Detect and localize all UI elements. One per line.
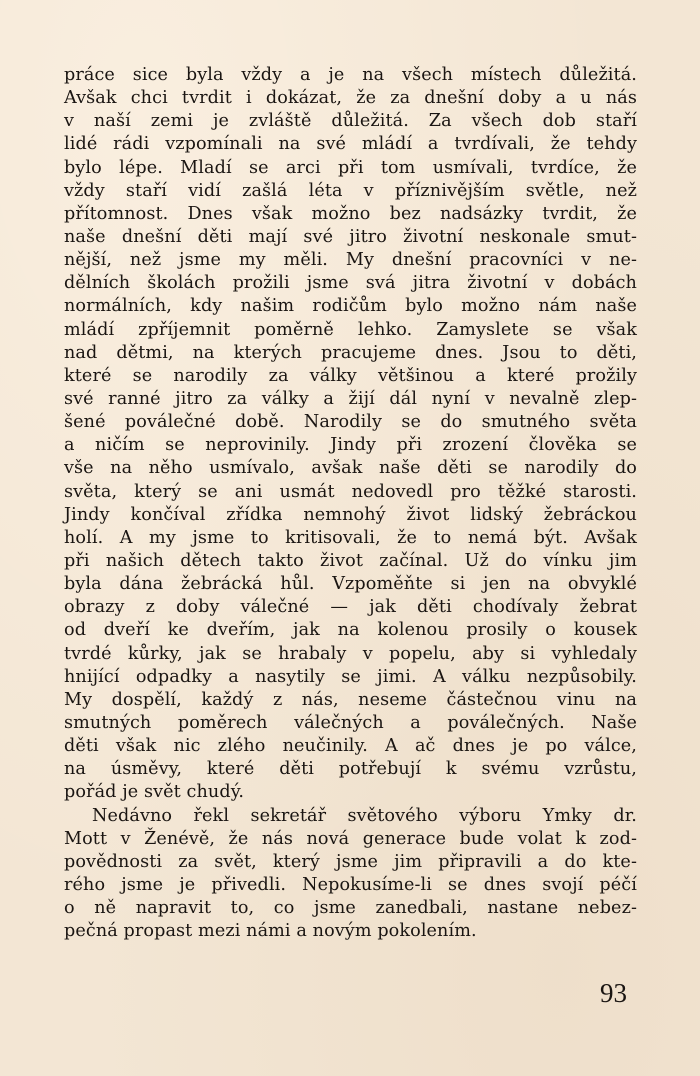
page-number: 93 bbox=[600, 978, 627, 1009]
text-line: naše dnešní děti mají své jitro životní … bbox=[64, 226, 637, 249]
text-line: smutných poměrech válečných a poválečnýc… bbox=[64, 712, 637, 735]
text-line: nější, než jsme my měli. My dnešní praco… bbox=[64, 249, 637, 272]
paragraph-start-line: Nedávno řekl sekretář světového výboru Y… bbox=[64, 805, 637, 828]
text-line: rého jsme je přivedli. Nepokusíme-li se … bbox=[64, 874, 637, 897]
text-line: o ně napravit to, co jsme zanedbali, nas… bbox=[64, 897, 637, 920]
text-line: povědnosti za svět, který jsme jim připr… bbox=[64, 851, 637, 874]
paragraph-end-line: pečná propast mezi námi a novým pokolení… bbox=[64, 920, 637, 943]
paragraph-end-line: pořád je svět chudý. bbox=[64, 781, 637, 804]
text-line: na úsměvy, které děti potřebují k svému … bbox=[64, 758, 637, 781]
text-line: šené poválečné době. Narodily se do smut… bbox=[64, 411, 637, 434]
text-line: bylo lépe. Mladí se arci při tom usmíval… bbox=[64, 157, 637, 180]
text-line: práce sice byla vždy a je na všech míste… bbox=[64, 64, 637, 87]
text-line: od dveří ke dveřím, jak na kolenou prosi… bbox=[64, 619, 637, 642]
text-line: My dospělí, každý z nás, neseme částečno… bbox=[64, 689, 637, 712]
text-line: mládí zpříjemnit poměrně lehko. Zamyslet… bbox=[64, 319, 637, 342]
text-line: dělních školách prožili jsme svá jitra ž… bbox=[64, 272, 637, 295]
text-line: holí. A my jsme to kritisovali, že to ne… bbox=[64, 527, 637, 550]
text-line: tvrdé kůrky, jak se hrabaly v popelu, ab… bbox=[64, 643, 637, 666]
text-line: obrazy z doby válečné — jak děti chodíva… bbox=[64, 596, 637, 619]
text-line: byla dána žebrácká hůl. Vzpoměňte si jen… bbox=[64, 573, 637, 596]
text-line: vše na něho usmívalo, avšak naše děti se… bbox=[64, 457, 637, 480]
text-line: nad dětmi, na kterých pracujeme dnes. Js… bbox=[64, 342, 637, 365]
text-line: své ranné jitro za války a žijí dál nyní… bbox=[64, 388, 637, 411]
book-page: práce sice byla vždy a je na všech míste… bbox=[0, 0, 700, 1076]
text-line: hnijící odpadky a nasytily se jimi. A vá… bbox=[64, 666, 637, 689]
text-line: lidé rádi vzpomínali na své mládí a tvrd… bbox=[64, 133, 637, 156]
body-text: práce sice byla vždy a je na všech míste… bbox=[64, 64, 637, 943]
text-line: Avšak chci tvrdit i dokázat, že za dnešn… bbox=[64, 87, 637, 110]
text-line: děti však nic zlého neučinily. A ač dnes… bbox=[64, 735, 637, 758]
text-line: Mott v Ženévě, že nás nová generace bude… bbox=[64, 828, 637, 851]
text-line: které se narodily za války většinou a kt… bbox=[64, 365, 637, 388]
text-line: normálních, kdy našim rodičům bylo možno… bbox=[64, 295, 637, 318]
text-line: světa, který se ani usmát nedovedl pro t… bbox=[64, 481, 637, 504]
text-line: a ničím se neprovinily. Jindy při zrozen… bbox=[64, 434, 637, 457]
text-line: Jindy končíval zřídka nemnohý život lids… bbox=[64, 504, 637, 527]
text-line: přítomnost. Dnes však možno bez nadsázky… bbox=[64, 203, 637, 226]
text-line: vždy staří vidí zašlá léta v příznivější… bbox=[64, 180, 637, 203]
text-line: v naší zemi je zvláště důležitá. Za všec… bbox=[64, 110, 637, 133]
text-line: při našich dětech takto život začínal. U… bbox=[64, 550, 637, 573]
